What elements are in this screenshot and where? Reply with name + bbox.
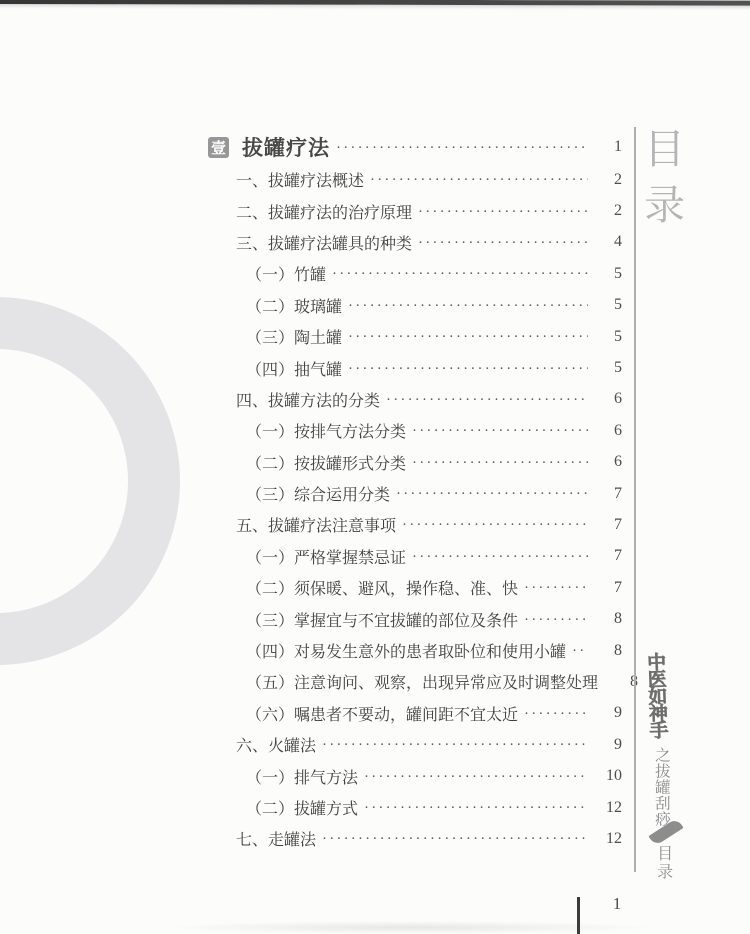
toc-list: 壹拔罐疗法···································…: [208, 130, 622, 855]
leader-dots: ········································…: [412, 423, 588, 440]
sidebar-section-label-vertical: 目录: [654, 845, 672, 881]
toc-page-number: 12: [596, 799, 622, 817]
footer-page-number: 1: [604, 894, 630, 914]
toc-page-number: 2: [596, 202, 622, 220]
leader-dots: ········································…: [322, 831, 588, 848]
toc-entry-label: 六、火罐法: [236, 733, 316, 756]
toc-page-number: 4: [596, 233, 622, 251]
toc-entry-label: （四）对易发生意外的患者取卧位和使用小罐: [246, 639, 566, 662]
leader-dots: ········································…: [524, 706, 588, 723]
toc-row: （四）对易发生意外的患者取卧位和使用小罐····················…: [208, 635, 622, 666]
toc-row: （三）掌握宜与不宜拔罐的部位及条件·······················…: [208, 603, 622, 634]
toc-row: 四、拔罐方法的分类·······························…: [208, 384, 622, 415]
leader-dots: ········································…: [370, 172, 588, 189]
leader-dots: ········································…: [386, 392, 588, 409]
leader-dots: ········································…: [364, 800, 588, 817]
toc-page-number: 5: [596, 296, 622, 314]
leader-dots: ········································…: [336, 140, 588, 157]
leader-dots: ········································…: [322, 737, 588, 754]
toc-entry-label: 拔罐疗法: [242, 132, 330, 162]
watermark-ring: [0, 297, 180, 665]
toc-row: 二、拔罐疗法的治疗原理·····························…: [208, 195, 622, 226]
toc-entry-label: （一）按排气方法分类: [246, 419, 406, 442]
toc-row: （四）抽气罐··································…: [208, 352, 622, 383]
toc-page-number: 5: [596, 359, 622, 377]
toc-row: （五）注意询问、观察，出现异常应及时调整处理··················…: [208, 666, 622, 697]
toc-page-number: 6: [596, 453, 622, 471]
toc-entry-label: （三）综合运用分类: [246, 482, 390, 505]
leader-dots: ········································…: [418, 235, 588, 252]
scan-artifact-top-edge: [0, 0, 750, 6]
toc-page-number: 5: [596, 265, 622, 283]
toc-row: 七、走罐法···································…: [208, 823, 622, 854]
toc-page-number: 6: [596, 390, 622, 408]
toc-page-number: 2: [596, 171, 622, 189]
toc-row: （六）嘱患者不要动，罐间距不宜太近·······················…: [208, 698, 622, 729]
toc-entry-label: （二）拔罐方式: [246, 796, 358, 819]
toc-page-number: 7: [596, 579, 622, 597]
toc-entry-label: （一）排气方法: [246, 765, 358, 788]
toc-page-number: 9: [596, 736, 622, 754]
toc-row: （二）须保暖、避风，操作稳、准、快·······················…: [208, 572, 622, 603]
leader-dots: ········································…: [348, 361, 588, 378]
toc-entry-label: 五、拔罐疗法注意事项: [236, 513, 396, 536]
leader-dots: ········································…: [524, 612, 588, 629]
toc-page-number: 7: [596, 516, 622, 534]
sidebar-contents-title-vertical: 目录: [640, 127, 681, 239]
leader-dots: ········································…: [412, 549, 588, 566]
toc-page-number: 8: [596, 642, 622, 660]
toc-page-number: 9: [596, 704, 622, 722]
leader-dots: ········································…: [418, 204, 588, 221]
chapter-marker-badge: 壹: [208, 137, 229, 158]
toc-entry-label: （一）竹罐: [246, 262, 326, 285]
toc-page-number: 12: [596, 830, 622, 848]
toc-entry-label: （三）陶土罐: [246, 325, 342, 348]
toc-entry-label: （三）掌握宜与不宜拔罐的部位及条件: [246, 608, 518, 631]
toc-row: （一）排气方法·································…: [208, 760, 622, 791]
toc-entry-label: 二、拔罐疗法的治疗原理: [236, 200, 412, 223]
toc-row: （二）按拔罐形式分类······························…: [208, 447, 622, 478]
series-seal-calligraphy-icon: 中医如神手: [645, 652, 667, 738]
toc-row: （三）陶土罐··································…: [208, 321, 622, 352]
toc-row: （二）拔罐方式·································…: [208, 792, 622, 823]
toc-entry-label: 三、拔罐疗法罐具的种类: [236, 231, 412, 254]
toc-row: （一）严格掌握禁忌证······························…: [208, 541, 622, 572]
toc-entry-label: （二）须保暖、避风，操作稳、准、快: [246, 576, 518, 599]
toc-row: （一）竹罐···································…: [208, 258, 622, 289]
toc-page-number: 7: [596, 485, 622, 503]
leader-dots: ········································…: [396, 486, 588, 503]
leader-dots: ········································…: [332, 266, 588, 283]
toc-page-number: 1: [596, 138, 622, 156]
toc-row: （二）玻璃罐··································…: [208, 290, 622, 321]
toc-entry-label: （四）抽气罐: [246, 357, 342, 380]
toc-row: （一）按排气方法分类······························…: [208, 415, 622, 446]
toc-row: 五、拔罐疗法注意事项······························…: [208, 509, 622, 540]
toc-page-number: 7: [596, 547, 622, 565]
footer-page-rule: [577, 897, 580, 934]
toc-entry-label: （二）按拔罐形式分类: [246, 451, 406, 474]
series-subtitle-vertical: 之拔罐刮痧: [652, 747, 670, 827]
toc-entry-label: （五）注意询问、观察，出现异常应及时调整处理: [246, 670, 598, 693]
toc-entry-label: （二）玻璃罐: [246, 294, 342, 317]
leader-dots: ········································…: [348, 298, 588, 315]
toc-page-number: 5: [596, 328, 622, 346]
leader-dots: ········································…: [572, 643, 588, 660]
leader-dots: ········································…: [524, 580, 588, 597]
leader-dots: ········································…: [348, 329, 588, 346]
toc-page-number: 10: [596, 767, 622, 785]
toc-entry-label: （六）嘱患者不要动，罐间距不宜太近: [246, 702, 518, 725]
toc-page-number: 8: [596, 610, 622, 628]
leader-dots: ········································…: [364, 769, 588, 786]
toc-page-number: 6: [596, 422, 622, 440]
toc-row: 一、拔罐疗法概述································…: [208, 164, 622, 195]
toc-row: （三）综合运用分类·······························…: [208, 478, 622, 509]
sidebar-vertical-rule: [634, 127, 636, 872]
toc-chapter-row: 壹拔罐疗法···································…: [208, 130, 622, 164]
leader-dots: ········································…: [402, 517, 588, 534]
toc-row: 六、火罐法···································…: [208, 729, 622, 760]
toc-entry-label: （一）严格掌握禁忌证: [246, 545, 406, 568]
toc-entry-label: 四、拔罐方法的分类: [236, 388, 380, 411]
leader-dots: ········································…: [412, 455, 588, 472]
toc-entry-label: 一、拔罐疗法概述: [236, 168, 364, 191]
toc-row: 三、拔罐疗法罐具的种类·····························…: [208, 227, 622, 258]
toc-entry-label: 七、走罐法: [236, 827, 316, 850]
